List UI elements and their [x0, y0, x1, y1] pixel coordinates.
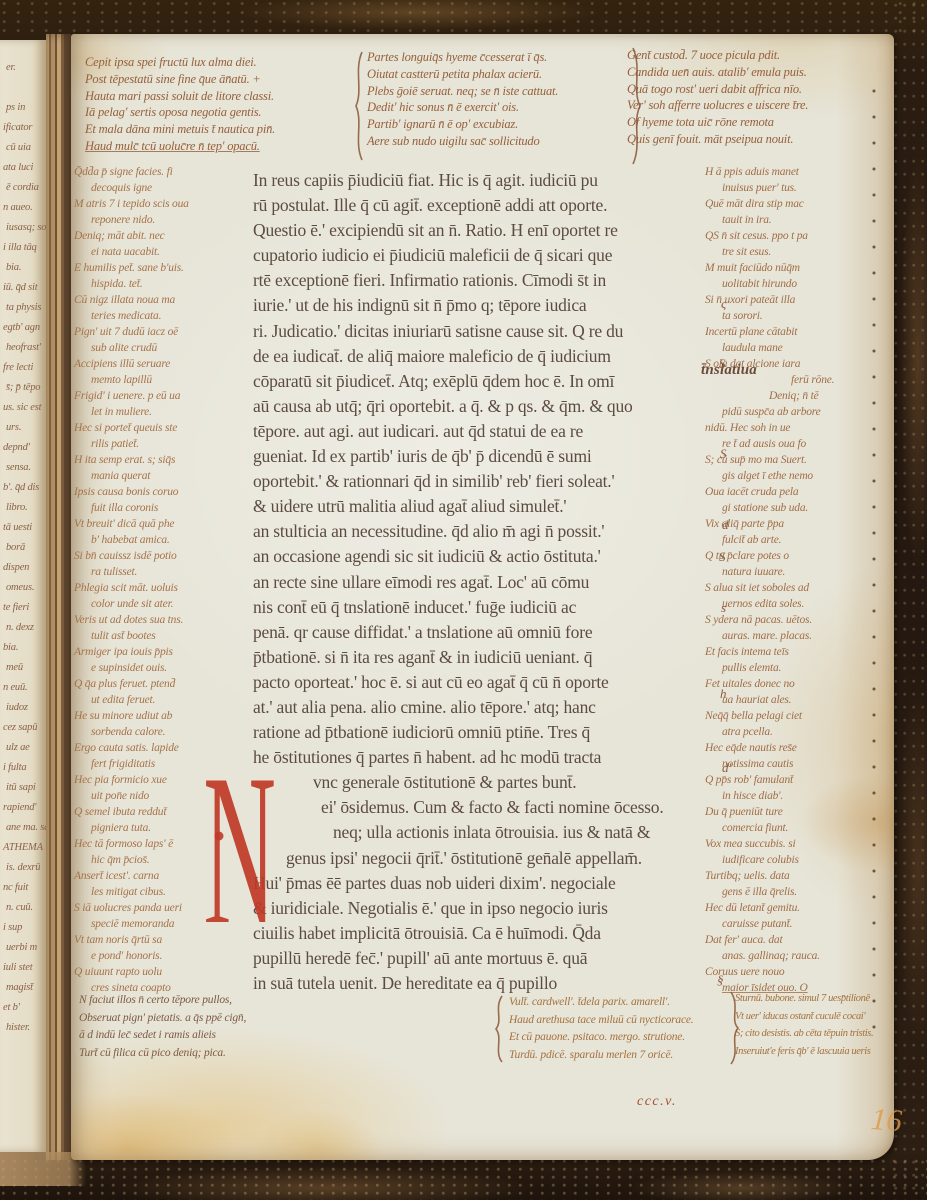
verse-line: Cepit ipsa spei fructū lux alma diei.	[85, 54, 275, 71]
text-line: Hui' p̄mas ēē partes duas nob uideri dix…	[253, 871, 731, 896]
couplet-line: e pond' honoris.	[91, 948, 254, 964]
text-line: ei' ōsidemus. Cum & facto & facti nomine…	[321, 795, 731, 820]
text-line: at.' aut alia pena. alio cmine. alio tēp…	[253, 695, 731, 720]
tie-mark: s	[721, 600, 726, 616]
verse-line: Partes longuiq̄s hyeme c̄cesserat ī q̄s.	[367, 49, 558, 66]
scribal-brace	[629, 46, 645, 166]
edge-fragment: tā uesti	[0, 518, 46, 538]
text-line: iurie.' ut de his indignū sit n̄ p̄mo q;…	[253, 293, 731, 318]
verse-line: ā d indū lec̄ sedet i ramis alieis	[79, 1027, 246, 1045]
edge-fragment: i sup	[0, 918, 46, 938]
couplet-line: teries medicata.	[91, 308, 254, 324]
verse-line: Of hyeme tota uic̄ rōne remota	[627, 114, 808, 131]
edge-fragment: meū	[0, 658, 46, 678]
verse-line: Dedit' hic sonus n̄ ē exercit' ois.	[367, 99, 558, 116]
edge-fragment: b'. q̄d dis	[0, 478, 46, 498]
text-line: & iuridiciale. Negotialis ē.' que in ips…	[253, 896, 731, 921]
marginal-couplet: E humilis pet̄. sane b'uis. hispida. tet…	[74, 260, 254, 292]
scribal-brace	[727, 990, 743, 1066]
tie-mark: ς	[721, 296, 726, 312]
couplet-line: decoquis igne	[91, 180, 254, 196]
marginal-couplet: Deniq; māt abit. nec ei nata uacabit.	[74, 228, 254, 260]
svg-text:N: N	[203, 764, 276, 922]
verse-line: Post tēpestatū sine fine q̄ue ān̄atū. +	[85, 71, 275, 88]
top-verse-column-1: Cepit ipsa spei fructū lux alma diei.Pos…	[85, 54, 275, 155]
text-line: In reus capiis p̄iudiciū fiat. Hic is q̄…	[253, 168, 731, 193]
edge-fragment: urs.	[0, 418, 46, 438]
marginal-couplet: Frigid' i uenere. p eū ua let in muliere…	[74, 388, 254, 420]
couplet-line: ferū rōne.	[791, 372, 897, 388]
couplet-line: Deniq; māt abit. nec	[74, 228, 254, 244]
verse-line: Plebs ḡoiē seruat. neq; se n̄ iste cattu…	[367, 83, 558, 100]
verse-line: Turdū. pdicē. sparalu merlen 7 oricē.	[509, 1047, 693, 1065]
tie-mark: S	[719, 549, 726, 565]
text-line: cōparatū sit p̄iudicet̄. Atq; exēplū q̄d…	[253, 369, 731, 394]
couplet-line: let in muliere.	[91, 404, 254, 420]
verse-line: Aere sub nudo uigilu sac̄ sollicitudo	[367, 133, 558, 150]
text-line: & uidere utrū malitia aliud agat̄ aliud …	[253, 494, 731, 519]
marginal-couplet: Q̄dd̄a p̄ signe facies. fi decoquis igne	[74, 164, 254, 196]
verse-line: Et mala dāna mini metuis t̄ nautica pin̄…	[85, 121, 275, 138]
edge-fragment: n. dexz	[0, 618, 46, 638]
text-line: nis cont̄ eū q̄ tnslationē inducet.' fuḡ…	[253, 595, 731, 620]
manuscript-photo: er.ps inificatorcū uiaata luciē cordian …	[0, 0, 927, 1200]
edge-fragment: libro.	[0, 498, 46, 518]
bottom-verse-column-1: N faciut illos n̄ certo tēpore pullos,Ob…	[79, 992, 246, 1062]
edge-fragment: n. cuū.	[0, 898, 46, 918]
text-line: de ea iudicat̄. de aliq̄ maiore malefici…	[253, 344, 731, 369]
edge-fragment: depnd'	[0, 438, 46, 458]
top-verse-column-2: Partes longuiq̄s hyeme c̄cesserat ī q̄s.…	[367, 49, 558, 150]
verse-line: Vt uer' iducas ostant̄ cuculē cocai'	[735, 1008, 873, 1026]
edge-fragment: s̄; p̄ tēpo	[0, 378, 46, 398]
marginal-couplet: Armiger ipa iouis p̄pis e supinsidet oui…	[74, 644, 254, 676]
quire-signature: ccc.v.	[637, 1094, 677, 1110]
verse-line: Obseruat pign' pietatis. a q̄s ppē cign̄…	[79, 1010, 246, 1028]
tie-mark: §	[717, 972, 724, 988]
edge-fragment: cū uia	[0, 138, 46, 158]
prick-marks	[869, 78, 879, 1040]
edge-fragment: iusasq; so	[0, 218, 46, 238]
couplet-line: ra tulisset.	[91, 564, 254, 580]
couplet-line: e supinsidet ouis.	[91, 660, 254, 676]
text-line: in suā tutela uenit. De hereditate ea q̄…	[253, 971, 731, 996]
couplet-line: Phlegia scit māt. uoluis	[74, 580, 254, 596]
couplet-line: memto lapillū	[91, 372, 254, 388]
marginal-couplet: Accipiens illū seruare memto lapillū	[74, 356, 254, 388]
edge-fragment: ulz ae	[0, 738, 46, 758]
edge-fragment: er.	[0, 58, 46, 78]
verse-line: Candida uen̄ auis. atalib' emula puis.	[627, 64, 808, 81]
couplet-line: Si bn̄ cauissz isdē potio	[74, 548, 254, 564]
text-line: an occasione agendi sic sit iudiciū & ac…	[253, 544, 731, 569]
edge-fragment: uerbi m	[0, 938, 46, 958]
verse-line: Haud arethusa tace miluū cū nycticorace.	[509, 1012, 693, 1030]
edge-fragment: cez sapū	[0, 718, 46, 738]
couplet-line: sorbenda calore.	[91, 724, 254, 740]
tie-mark: d	[722, 517, 729, 533]
marginal-couplet: Cū nigz illata noua ma teries medicata.	[74, 292, 254, 324]
edge-fragment: ata luci	[0, 158, 46, 178]
text-line: an stulticia an necessitudine. q̄d alio …	[253, 519, 731, 544]
couplet-line: H ita semp erat. s; siq̄s	[74, 452, 254, 468]
text-line: aū causa ab utq̄; q̄ri oportebit. a q̄. …	[253, 394, 731, 419]
edge-fragment: bia.	[0, 638, 46, 658]
text-line: he ōstitutiones q̄ partes n̄ habent. ad …	[253, 745, 731, 770]
couplet-line: Veris ut ad dotes sua tns.	[74, 612, 254, 628]
couplet-line: Hec si portet̄ queuis ste	[74, 420, 254, 436]
manuscript-page: Cepit ipsa spei fructū lux alma diei.Pos…	[71, 34, 894, 1160]
text-line: ciuilis habet implicitā ōtrouisiā. Ca ē …	[253, 921, 731, 946]
couplet-line: rilis patiet̄.	[91, 436, 254, 452]
couplet-line: Accipiens illū seruare	[74, 356, 254, 372]
marginal-couplet: Veris ut ad dotes sua tns. tulit ast̄ bo…	[74, 612, 254, 644]
tie-mark: S	[719, 356, 726, 372]
bottom-verse-column-3: Sturnū. bubone. simul 7 uesp̄tilionēVt u…	[735, 990, 873, 1060]
text-line: vnc generale ōstitutionē & partes bunt̄.	[313, 770, 731, 795]
edge-fragment: borā	[0, 538, 46, 558]
edge-fragment: ē cordia	[0, 178, 46, 198]
couplet-line: Vt breuit' dicā quā phe	[74, 516, 254, 532]
leather-binding-right	[893, 0, 927, 1200]
verse-line: Haud mulc̄ tcū uoluc̄re n̄ tep' opacū.	[85, 138, 275, 155]
edge-fragment: i fulta	[0, 758, 46, 778]
couplet-line: Ipsis causa bonis coruo	[74, 484, 254, 500]
main-text-block: In reus capiis p̄iudiciū fiat. Hic is q̄…	[253, 168, 731, 996]
text-line: rū postulat. Ille q̄ cū agit̄. exception…	[253, 193, 731, 218]
verse-line: Partib' ignarū n̄ ē op' excubiaz.	[367, 116, 558, 133]
edge-fragment: bia.	[0, 258, 46, 278]
verse-line: S; cito desistis. ab cēta tēpuin tristis…	[735, 1025, 873, 1043]
verse-line: Quis genī fouit. māt pseipua nouit.	[627, 131, 808, 148]
marginal-couplet: Q q̄a plus feruet. ptend̄ ut edita ferue…	[74, 676, 254, 708]
marginal-couplet: Vt breuit' dicā quā phe b' habebat amica…	[74, 516, 254, 548]
edge-fragment: n euū.	[0, 678, 46, 698]
text-line: an recte sine ullare eīmodi res agat̄. L…	[253, 570, 731, 595]
text-line: cupatorio iudicio ei p̄iudiciū maleficii…	[253, 243, 731, 268]
edge-fragment: nc fuit	[0, 878, 46, 898]
edge-fragment: ane ma. sap.	[0, 818, 46, 838]
edge-fragment: ta physis	[0, 298, 46, 318]
top-verse-column-3: Gent̄ custod̄. 7 uoce picula pdit.Candid…	[627, 47, 808, 148]
couplet-line: mania querat	[91, 468, 254, 484]
text-line: gueniat. Id ex partib' iuris de q̄b' p̄ …	[253, 444, 731, 469]
verse-line: Vult̄. cardwell'. t̄dela parix. amarell'…	[509, 994, 693, 1012]
marginal-couplet: Vt tam noris q̄rtū sa e pond' honoris.	[74, 932, 254, 964]
edge-fragment: magist̄	[0, 978, 46, 998]
edge-fragment: ps in	[0, 98, 46, 118]
edge-fragment: itū sapi	[0, 778, 46, 798]
pencil-number: 41	[32, 1149, 47, 1166]
edge-fragment: iuli stet	[0, 958, 46, 978]
leather-binding-bottom	[0, 1158, 927, 1200]
text-line: tēpore. aut agi. aut iudicari. aut q̄d s…	[253, 419, 731, 444]
bottom-verse-column-2: Vult̄. cardwell'. t̄dela parix. amarell'…	[509, 994, 693, 1064]
couplet-line: ut edita feruet.	[91, 692, 254, 708]
couplet-line: E humilis pet̄. sane b'uis.	[74, 260, 254, 276]
couplet-line: Vt tam noris q̄rtū sa	[74, 932, 254, 948]
verse-line: N faciut illos n̄ certo tēpore pullos,	[79, 992, 246, 1010]
couplet-line: Cū nigz illata noua ma	[74, 292, 254, 308]
couplet-line: Q̄dd̄a p̄ signe facies. fi	[74, 164, 254, 180]
couplet-line: hispida. tet̄.	[91, 276, 254, 292]
edge-fragment: ificator	[0, 118, 46, 138]
verse-line: Inseruiut'e feris q̄b' ē lascuuia ueris	[735, 1043, 873, 1061]
text-line: penā. qr cause diffidat.' a tnslatione a…	[253, 620, 731, 645]
text-line: ratione ad p̄tbationē iudiciorū omniū pt…	[253, 720, 731, 745]
marginal-couplet: Phlegia scit māt. uoluis color unde sit …	[74, 580, 254, 612]
edge-fragment: fre lecti	[0, 358, 46, 378]
couplet-line: Q uiuunt rapto uolu	[74, 964, 254, 980]
marginal-couplet: Si bn̄ cauissz isdē potio ra tulisset.	[74, 548, 254, 580]
verse-line: Quā togo rost' ueri dabit affrica nīo.	[627, 81, 808, 98]
edge-fragment: omeus.	[0, 578, 46, 598]
edge-fragment: et b'	[0, 998, 46, 1018]
text-line: oportebit.' & rationnari q̄d in similib'…	[253, 469, 731, 494]
verse-line: Oiutat castterū petita phalax acierū.	[367, 66, 558, 83]
marginal-couplet: Hec si portet̄ queuis ste rilis patiet̄.	[74, 420, 254, 452]
facing-page-edge: er.ps inificatorcū uiaata luciē cordian …	[0, 40, 46, 1152]
edge-fragment: ATHEMA	[0, 838, 46, 858]
couplet-line: reponere nido.	[91, 212, 254, 228]
verse-line: Et cū pauone. psitaco. mergo. strutione.	[509, 1029, 693, 1047]
couplet-line: Frigid' i uenere. p eū ua	[74, 388, 254, 404]
edge-fragment: heofrast'	[0, 338, 46, 358]
couplet-line: sub alite crudū	[91, 340, 254, 356]
edge-fragment: hister.	[0, 1018, 46, 1038]
marginal-couplet: Ipsis causa bonis coruo fuit illa coroni…	[74, 484, 254, 516]
couplet-line: b' habebat amica.	[91, 532, 254, 548]
edge-fragment: egtb' agn	[0, 318, 46, 338]
leather-binding-top	[0, 0, 927, 34]
tie-mark: S	[720, 446, 727, 462]
couplet-line: color unde sit ater.	[91, 596, 254, 612]
couplet-line: ei nata uacabit.	[91, 244, 254, 260]
scribal-brace	[351, 50, 365, 162]
text-line: neq; ulla actionis inlata ōtrouisia. ius…	[333, 820, 731, 845]
edge-fragment: sensa.	[0, 458, 46, 478]
verse-line: Sturnū. bubone. simul 7 uesp̄tilionē	[735, 990, 873, 1008]
marginal-couplet: H ita semp erat. s; siq̄s mania querat	[74, 452, 254, 484]
text-line: p̄tbationē. si n̄ ita res agant̄ & in iu…	[253, 645, 731, 670]
edge-fragment: te fieri	[0, 598, 46, 618]
edge-fragment: dispen	[0, 558, 46, 578]
red-initial-N: N	[199, 764, 291, 922]
tie-marks: ςSSdSshd'§	[719, 34, 739, 1034]
edge-fragment: iū. q̄d sit	[0, 278, 46, 298]
text-line: ri. Judicatio.' dicitas iniuriarū satisn…	[253, 319, 731, 344]
folio-number: 16	[870, 1101, 903, 1139]
verse-line: Hauta mari passi soluit de litore classi…	[85, 88, 275, 105]
couplet-line: Q q̄a plus feruet. ptend̄	[74, 676, 254, 692]
verse-line: Gent̄ custod̄. 7 uoce picula pdit.	[627, 47, 808, 64]
scribal-brace	[491, 994, 505, 1064]
edge-fragment: rapiend'	[0, 798, 46, 818]
marginal-couplet: M atris 7 i tepido scis oua reponere nid…	[74, 196, 254, 228]
edge-fragment: i illa tāq	[0, 238, 46, 258]
text-line: Questio ē.' excipiendū sit an n̄. Ratio.…	[253, 218, 731, 243]
tie-mark: h	[720, 686, 727, 702]
verse-line: Turt̄ cū filica cū pico deniq; pica.	[79, 1045, 246, 1063]
tie-mark: d'	[722, 760, 731, 776]
couplet-line: fuit illa coronis	[91, 500, 254, 516]
edge-fragment: is. dexrū	[0, 858, 46, 878]
edge-fragment: iudoz	[0, 698, 46, 718]
couplet-line: M atris 7 i tepido scis oua	[74, 196, 254, 212]
text-line: genus ipsi' negocii q̄rit̄.' ōstitutionē…	[286, 846, 731, 871]
couplet-line: Ergo cauta satis. lapide	[74, 740, 254, 756]
couplet-line: Armiger ipa iouis p̄pis	[74, 644, 254, 660]
marginal-couplet: Pign' uit 7 dudū iacz oē sub alite crudū	[74, 324, 254, 356]
edge-fragment: us. sic est	[0, 398, 46, 418]
couplet-line: tulit ast̄ bootes	[91, 628, 254, 644]
edge-fragment	[0, 78, 46, 98]
couplet-line: Pign' uit 7 dudū iacz oē	[74, 324, 254, 340]
text-line: pacto oporteat.' hoc ē. si aut cū eo aga…	[253, 670, 731, 695]
book-gutter	[46, 34, 71, 1160]
verse-line: Ver' soh afferre uolucres e uiscere t̄re…	[627, 97, 808, 114]
couplet-line: He su minore udiut ab	[74, 708, 254, 724]
text-line: rtē exceptionē fieri. Infirmatio rationi…	[253, 268, 731, 293]
verse-line: Iā pelag' sertis oposa negotia gentis.	[85, 104, 275, 121]
text-line: pupillū heredē fec̄.' pupill' aū ante mo…	[253, 946, 731, 971]
marginal-couplet: He su minore udiut ab sorbenda calore.	[74, 708, 254, 740]
edge-fragment: n aueo.	[0, 198, 46, 218]
